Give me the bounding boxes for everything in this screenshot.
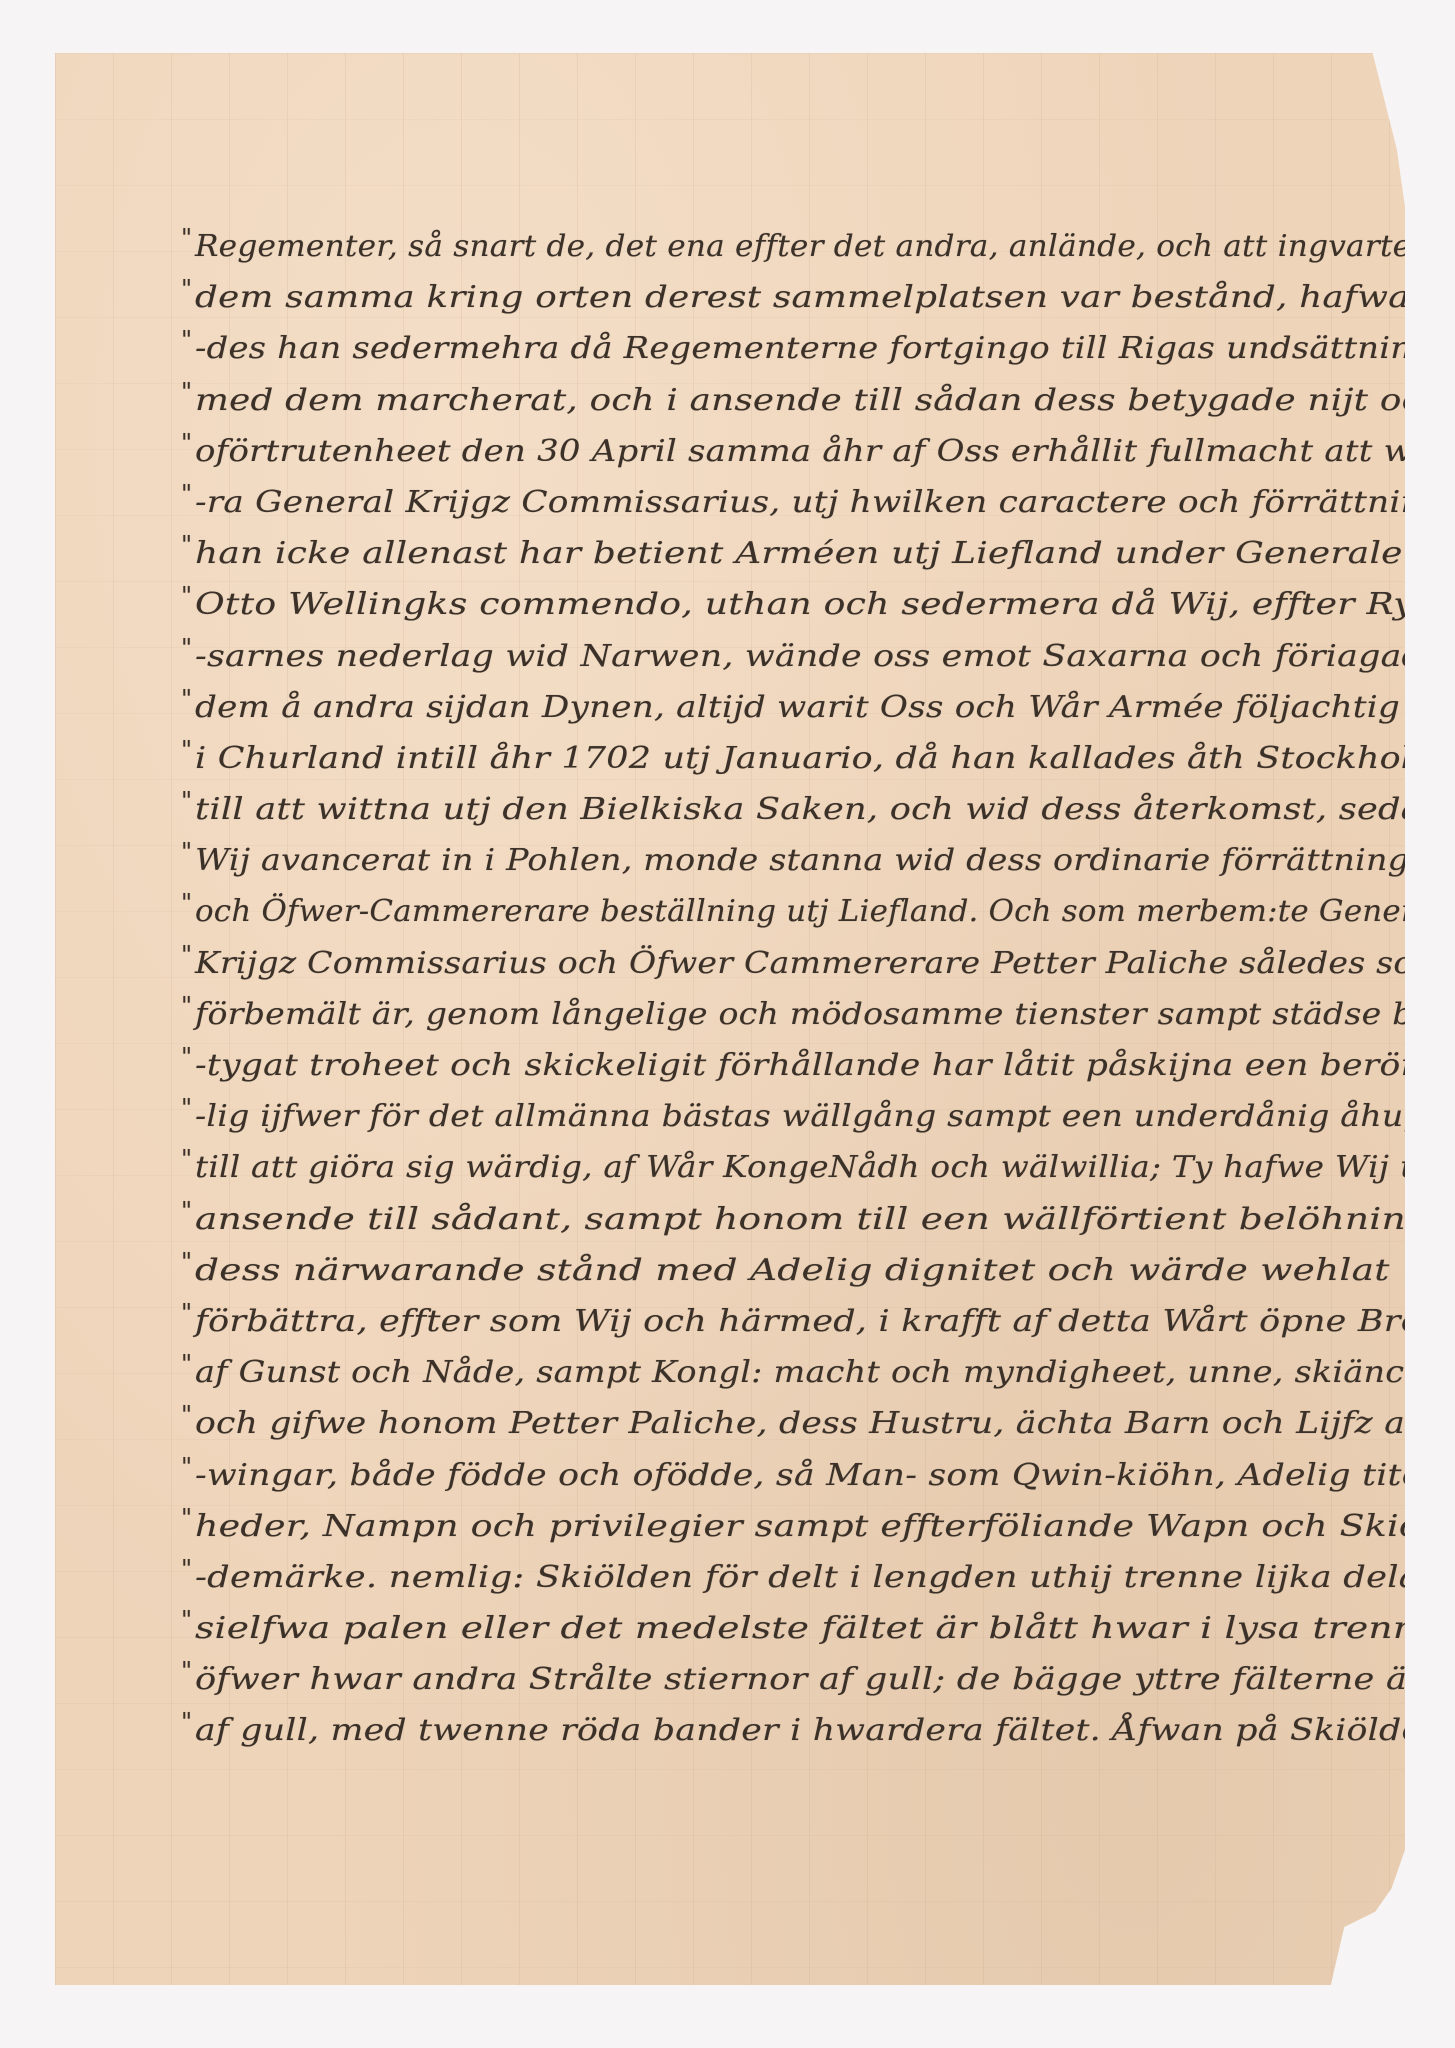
line-text: -des han sedermehra då Regementerne fort…: [195, 323, 1445, 374]
manuscript-line: "-demärke. nemlig: Skiölden för delt i l…: [195, 1552, 1455, 1603]
line-quote-mark: ": [181, 989, 195, 1023]
line-quote-mark: ": [181, 631, 195, 665]
line-text: -demärke. nemlig: Skiölden för delt i le…: [195, 1552, 1445, 1603]
line-text: dess närwarande stånd med Adelig dignite…: [195, 1245, 1390, 1296]
manuscript-line: "och Öfwer-Cammererare beställning utj L…: [195, 886, 1455, 937]
line-quote-mark: ": [181, 1705, 195, 1739]
line-text: heder, Nampn och privilegier sampt effte…: [195, 1501, 1445, 1552]
manuscript-line: "-ra General Krijgz Commissarius, utj hw…: [195, 477, 1455, 528]
line-quote-mark: ": [181, 1398, 195, 1432]
line-quote-mark: ": [181, 886, 195, 920]
manuscript-line: "Krijgz Commissarius och Öfwer Cammerera…: [195, 938, 1455, 989]
line-quote-mark: ": [181, 784, 195, 818]
line-text: ansende till sådant, sampt honom till ee…: [195, 1194, 1442, 1245]
line-quote-mark: ": [181, 1450, 195, 1484]
line-quote-mark: ": [181, 1245, 195, 1279]
manuscript-line: "sielfwa palen eller det medelste fältet…: [195, 1603, 1455, 1654]
line-quote-mark: ": [181, 426, 195, 460]
line-text: förbättra, effter som Wij och härmed, i …: [195, 1296, 1445, 1347]
line-text: Otto Wellingks commendo, uthan och seder…: [195, 579, 1445, 630]
line-text: öfwer hwar andra Strålte stiernor af gul…: [195, 1654, 1445, 1705]
line-text: förbemält är, genom långelige och mödosa…: [195, 989, 1445, 1040]
line-quote-mark: ": [181, 1142, 195, 1176]
line-text: -sarnes nederlag wid Narwen, wände oss e…: [195, 631, 1445, 682]
line-quote-mark: ": [181, 323, 195, 357]
manuscript-line: "dess närwarande stånd med Adelig dignit…: [195, 1245, 1455, 1296]
handwritten-text-block: "Regementer, så snart de, det ena effter…: [195, 221, 1455, 1757]
line-quote-mark: ": [181, 682, 195, 716]
line-text: han icke allenast har betient Arméen utj…: [195, 528, 1445, 579]
manuscript-line: "till att giöra sig wärdig, af Wår Konge…: [195, 1142, 1455, 1193]
manuscript-page: "Regementer, så snart de, det ena effter…: [55, 53, 1405, 1985]
manuscript-line: "han icke allenast har betient Arméen ut…: [195, 528, 1455, 579]
manuscript-line: "i Churland intill åhr 1702 utj Januario…: [195, 733, 1455, 784]
manuscript-line: "med dem marcherat, och i ansende till s…: [195, 375, 1455, 426]
line-text: -wingar, både födde och ofödde, så Man- …: [195, 1450, 1445, 1501]
line-text: oförtrutenheet den 30 April samma åhr af…: [195, 426, 1445, 477]
manuscript-line: "dem samma kring orten derest sammelplat…: [195, 272, 1455, 323]
manuscript-line: "oförtrutenheet den 30 April samma åhr a…: [195, 426, 1455, 477]
manuscript-line: "Otto Wellingks commendo, uthan och sede…: [195, 579, 1455, 630]
manuscript-line: "-sarnes nederlag wid Narwen, wände oss …: [195, 631, 1455, 682]
line-text: dem samma kring orten derest sammelplats…: [195, 272, 1445, 323]
line-quote-mark: ": [181, 1040, 195, 1074]
line-quote-mark: ": [181, 835, 195, 869]
manuscript-line: "och gifwe honom Petter Paliche, dess Hu…: [195, 1398, 1455, 1449]
manuscript-line: "Regementer, så snart de, det ena effter…: [195, 221, 1455, 272]
manuscript-line: "Wij avancerat in i Pohlen, monde stanna…: [195, 835, 1455, 886]
manuscript-line: "förbättra, effter som Wij och härmed, i…: [195, 1296, 1455, 1347]
line-text: af Gunst och Nåde, sampt Kongl: macht oc…: [195, 1347, 1445, 1398]
manuscript-line: "ansende till sådant, sampt honom till e…: [195, 1194, 1455, 1245]
manuscript-line: "heder, Nampn och privilegier sampt efft…: [195, 1501, 1455, 1552]
line-text: till att giöra sig wärdig, af Wår KongeN…: [195, 1142, 1445, 1193]
manuscript-line: "-lig ijfwer för det allmänna bästas wäl…: [195, 1091, 1455, 1142]
line-quote-mark: ": [181, 272, 195, 306]
line-quote-mark: ": [181, 221, 195, 255]
line-text: Krijgz Commissarius och Öfwer Cammererar…: [195, 938, 1445, 989]
line-quote-mark: ": [181, 1296, 195, 1330]
line-quote-mark: ": [181, 579, 195, 613]
manuscript-line: "af Gunst och Nåde, sampt Kongl: macht o…: [195, 1347, 1455, 1398]
line-text: och gifwe honom Petter Paliche, dess Hus…: [195, 1398, 1445, 1449]
manuscript-line: "förbemält är, genom långelige och mödos…: [195, 989, 1455, 1040]
manuscript-line: "öfwer hwar andra Strålte stiernor af gu…: [195, 1654, 1455, 1705]
line-quote-mark: ": [181, 1194, 195, 1228]
manuscript-line: "till att wittna utj den Bielkiska Saken…: [195, 784, 1455, 835]
line-text: Wij avancerat in i Pohlen, monde stanna …: [195, 835, 1445, 886]
line-text: sielfwa palen eller det medelste fältet …: [195, 1603, 1440, 1654]
line-text: Regementer, så snart de, det ena effter …: [195, 221, 1445, 272]
line-quote-mark: ": [181, 1654, 195, 1688]
line-quote-mark: ": [181, 733, 195, 767]
manuscript-line: "-wingar, både födde och ofödde, så Man-…: [195, 1450, 1455, 1501]
line-quote-mark: ": [181, 528, 195, 562]
line-text: af gull, med twenne röda bander i hwarde…: [195, 1705, 1445, 1756]
line-quote-mark: ": [181, 938, 195, 972]
manuscript-line: "-tygat troheet och skickeligit förhålla…: [195, 1040, 1455, 1091]
line-quote-mark: ": [181, 1091, 195, 1125]
line-quote-mark: ": [181, 375, 195, 409]
manuscript-line: "dem å andra sijdan Dynen, altijd warit …: [195, 682, 1455, 733]
manuscript-line: "af gull, med twenne röda bander i hward…: [195, 1705, 1455, 1756]
line-text: -ra General Krijgz Commissarius, utj hwi…: [195, 477, 1445, 528]
line-quote-mark: ": [181, 477, 195, 511]
line-text: och Öfwer-Cammererare beställning utj Li…: [195, 886, 1445, 937]
line-text: med dem marcherat, och i ansende till så…: [195, 375, 1445, 426]
line-text: -tygat troheet och skickeligit förhållan…: [195, 1040, 1445, 1091]
line-quote-mark: ": [181, 1552, 195, 1586]
manuscript-line: "-des han sedermehra då Regementerne for…: [195, 323, 1455, 374]
line-text: -lig ijfwer för det allmänna bästas wäll…: [195, 1091, 1445, 1142]
line-text: dem å andra sijdan Dynen, altijd warit O…: [195, 682, 1445, 733]
line-quote-mark: ": [181, 1347, 195, 1381]
line-quote-mark: ": [181, 1501, 195, 1535]
line-text: i Churland intill åhr 1702 utj Januario,…: [195, 733, 1446, 784]
line-text: till att wittna utj den Bielkiska Saken,…: [195, 784, 1445, 835]
line-quote-mark: ": [181, 1603, 195, 1637]
